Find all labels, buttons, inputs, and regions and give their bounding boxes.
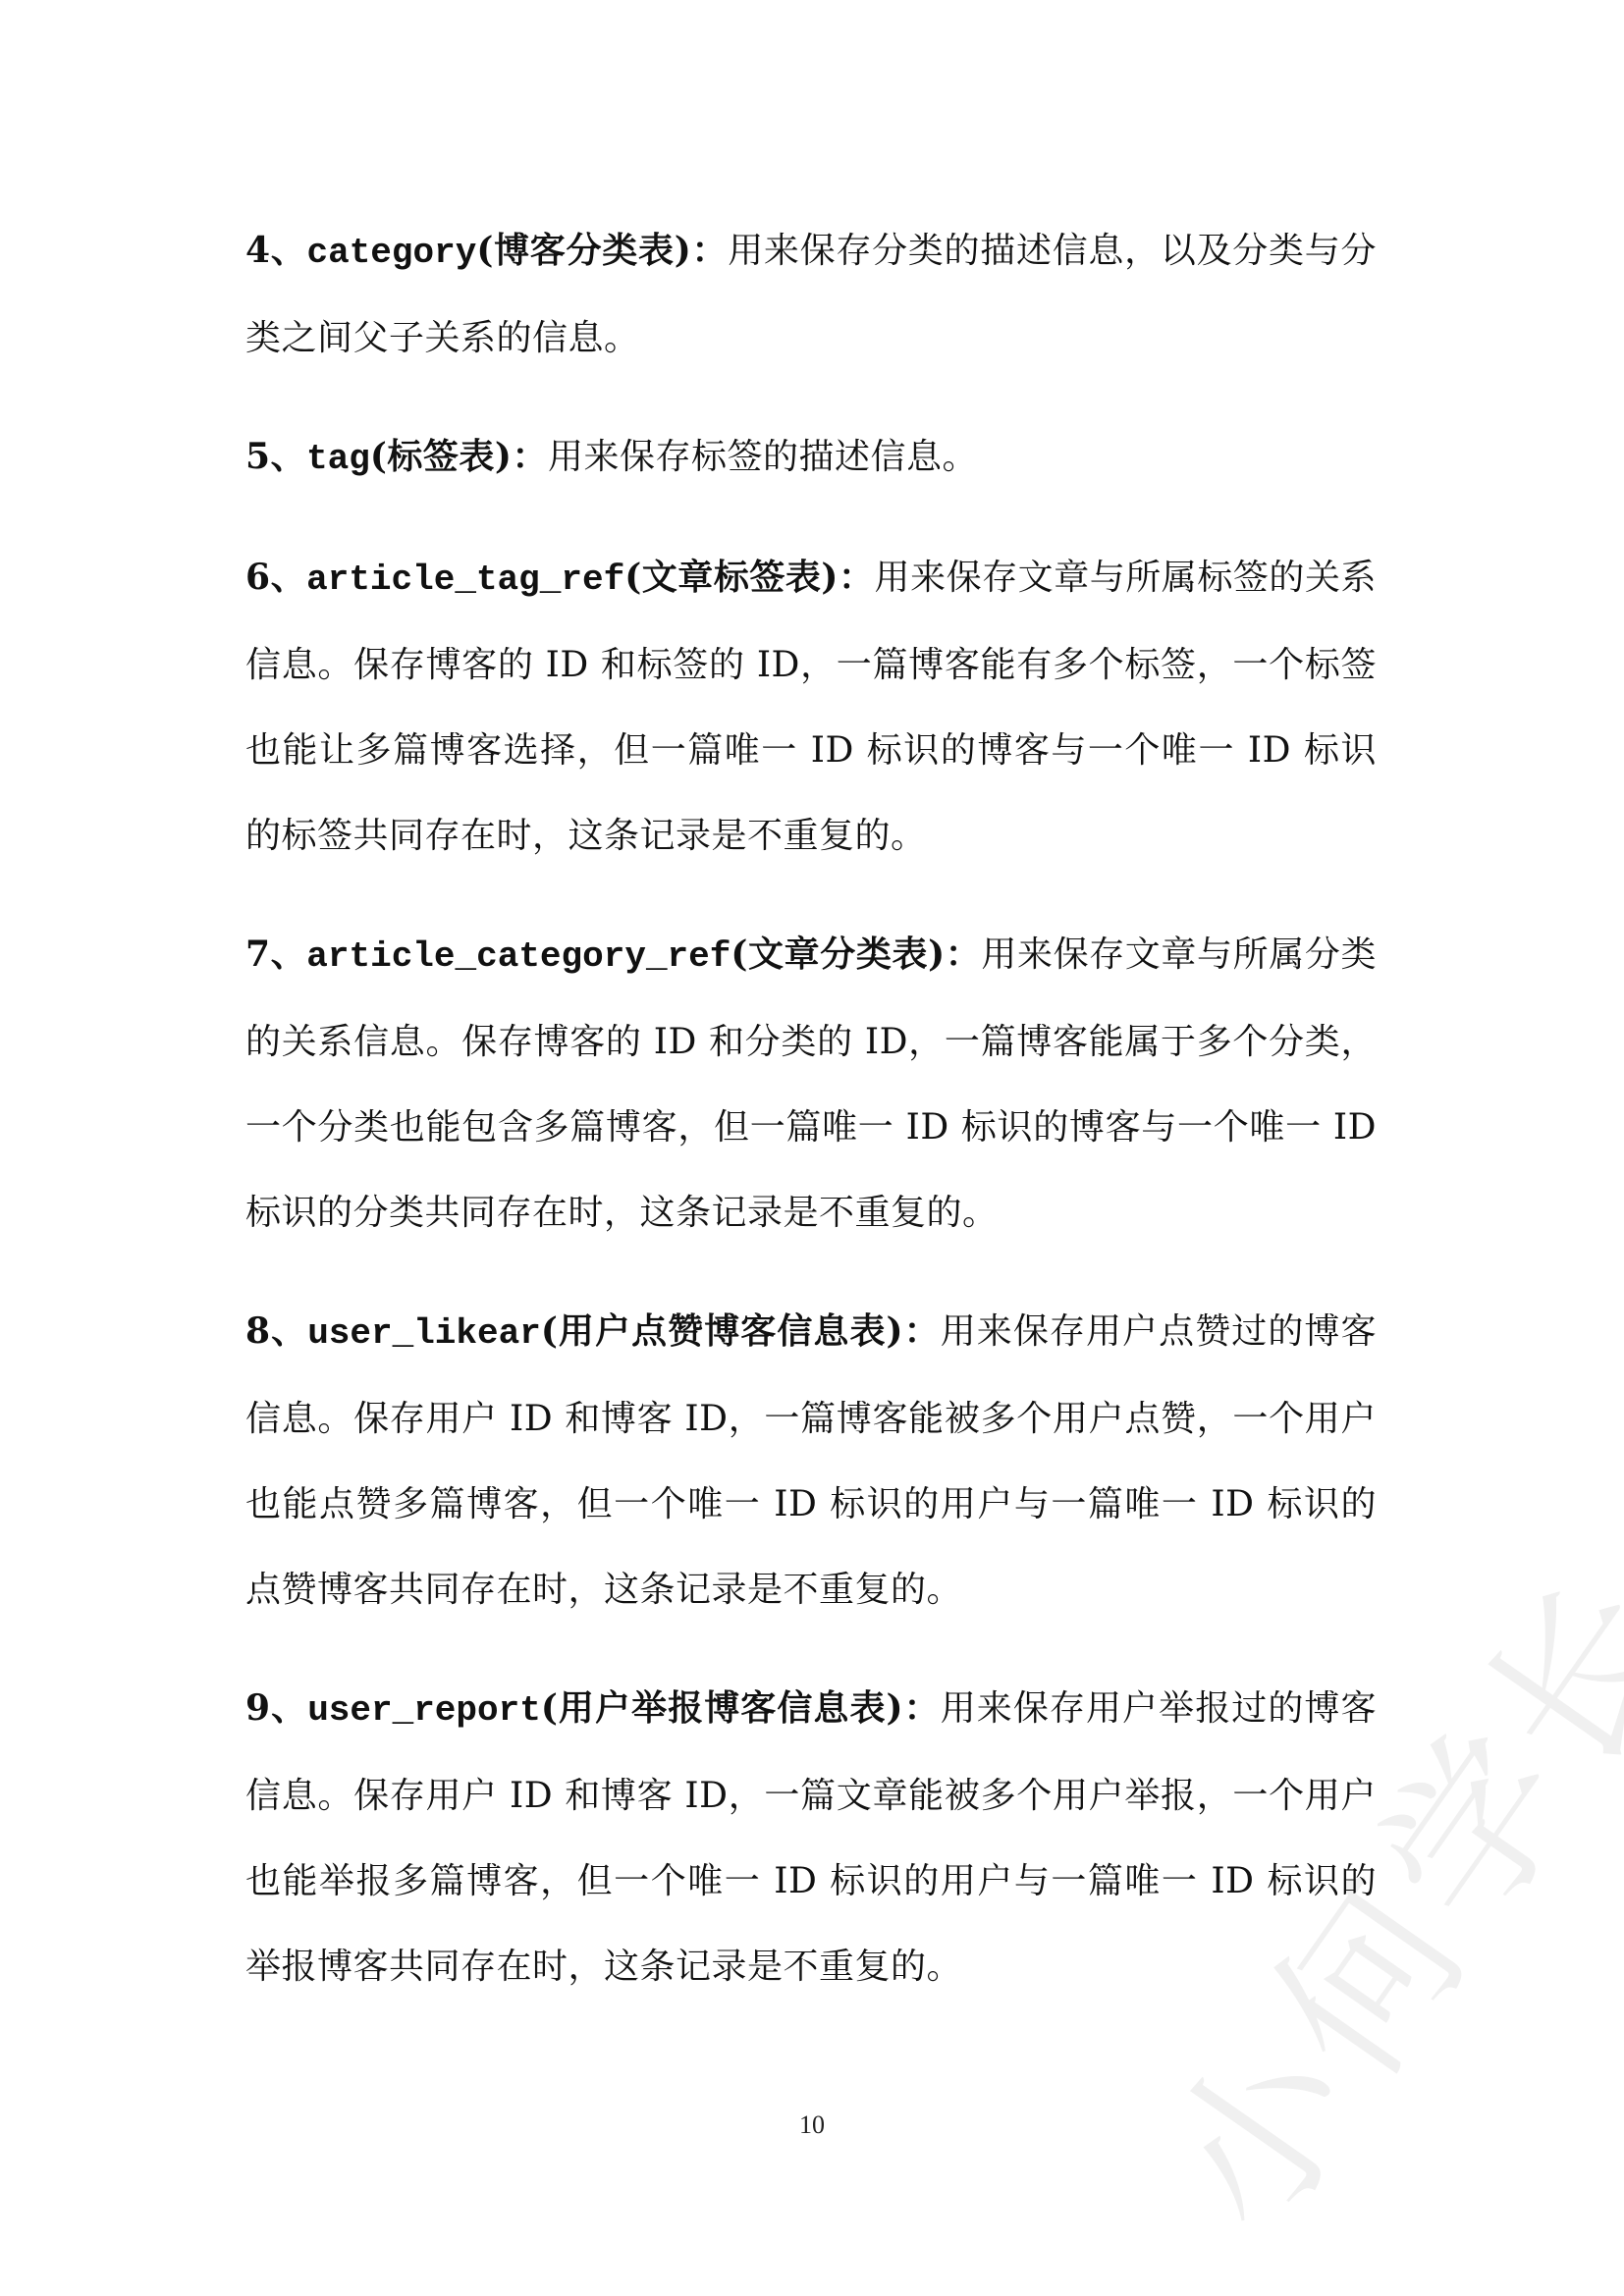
table-description: (文章标签表)： (624, 557, 874, 598)
paragraph-article-tag-ref-table: 6、article_tag_ref(文章标签表)：用来保存文章与所属标签的关系信… (245, 535, 1377, 879)
paragraph-body: 用来保存用户点赞过的博客信息。保存用户 ID 和博客 ID，一篇博客能被多个用户… (245, 1311, 1377, 1610)
paragraph-user-report-table: 9、user_report(用户举报博客信息表)：用来保存用户举报过的博客信息。… (245, 1666, 1377, 2009)
table-description: (博客分类表)： (476, 230, 728, 271)
item-number: 9、 (245, 1687, 307, 1729)
table-description: (用户举报博客信息表)： (541, 1687, 941, 1729)
item-number: 6、 (245, 557, 306, 598)
table-description: (标签表)： (370, 436, 548, 477)
table-name: category (307, 233, 477, 273)
paragraph-label: 7、article_category_ref(文章分类表)： (245, 934, 981, 975)
paragraph-label: 6、article_tag_ref(文章标签表)： (245, 557, 875, 598)
paragraph-label: 9、user_report(用户举报博客信息表)： (245, 1687, 941, 1729)
table-name: user_report (307, 1690, 541, 1731)
paragraph-body: 用来保存文章与所属分类的关系信息。保存博客的 ID 和分类的 ID，一篇博客能属… (245, 934, 1377, 1233)
document-page: 4、category(博客分类表)：用来保存分类的描述信息，以及分类与分类之间父… (0, 0, 1624, 2296)
table-name: article_category_ref (306, 936, 731, 977)
paragraph-category-table: 4、category(博客分类表)：用来保存分类的描述信息，以及分类与分类之间父… (245, 208, 1377, 381)
paragraph-article-category-ref-table: 7、article_category_ref(文章分类表)：用来保存文章与所属分… (245, 912, 1377, 1255)
paragraph-label: 4、category(博客分类表)： (245, 230, 728, 271)
item-number: 4、 (245, 230, 307, 271)
paragraph-body: 用来保存标签的描述信息。 (548, 437, 978, 477)
paragraph-label: 8、user_likear(用户点赞博客信息表)： (245, 1310, 941, 1352)
page-content: 4、category(博客分类表)：用来保存分类的描述信息，以及分类与分类之间父… (245, 208, 1377, 2043)
paragraph-label: 5、tag(标签表)： (245, 436, 548, 477)
table-description: (文章分类表)： (731, 934, 981, 975)
item-number: 7、 (245, 934, 306, 975)
paragraph-tag-table: 5、tag(标签表)：用来保存标签的描述信息。 (245, 414, 1377, 502)
table-name: article_tag_ref (306, 560, 624, 600)
table-name: user_likear (307, 1313, 541, 1354)
table-description: (用户点赞博客信息表)： (541, 1310, 941, 1352)
item-number: 8、 (245, 1310, 307, 1352)
page-number: 10 (0, 2110, 1624, 2140)
paragraph-user-likear-table: 8、user_likear(用户点赞博客信息表)：用来保存用户点赞过的博客信息。… (245, 1289, 1377, 1632)
paragraph-body: 用来保存用户举报过的博客信息。保存用户 ID 和博客 ID，一篇文章能被多个用户… (245, 1688, 1377, 1987)
item-number: 5、 (245, 436, 306, 477)
table-name: tag (306, 439, 370, 479)
paragraph-body: 用来保存文章与所属标签的关系信息。保存博客的 ID 和标签的 ID，一篇博客能有… (245, 558, 1377, 856)
